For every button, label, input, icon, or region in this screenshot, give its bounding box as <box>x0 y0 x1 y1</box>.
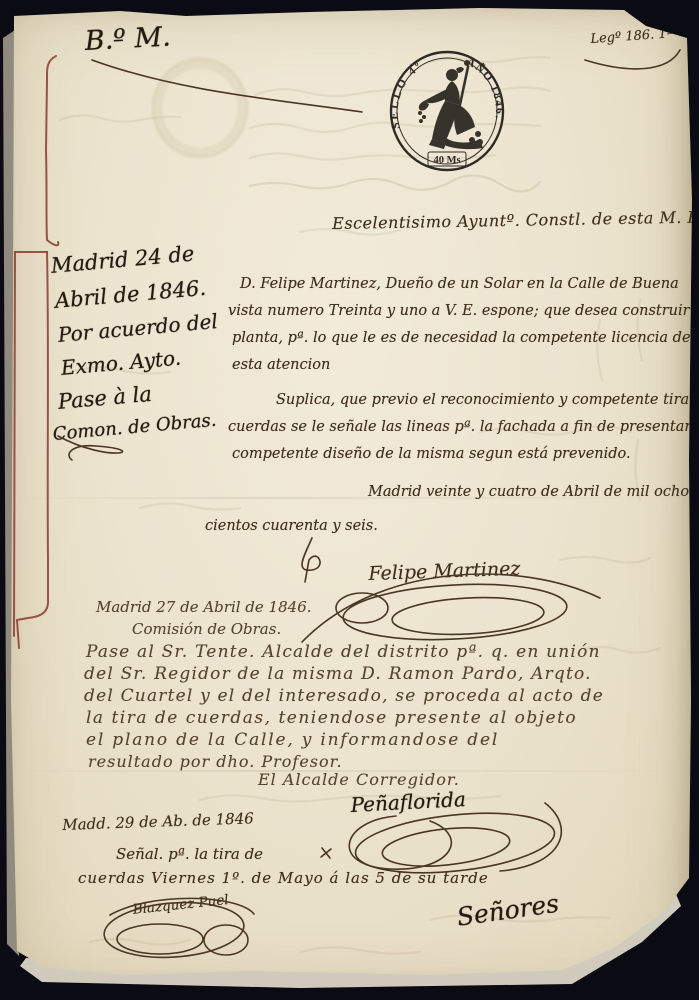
stamp-text-right: AÑO 1846. <box>464 56 505 121</box>
margin-note-line: Exmo. Ayto. <box>60 346 182 380</box>
revenue-stamp-seal: SELLO 4º AÑO 1846. 40 Ms <box>386 48 508 176</box>
felipe-martinez-rubric <box>302 574 600 645</box>
commission-line: Pase al Sr. Tente. Alcalde del distrito … <box>86 642 601 662</box>
margin-note-line: Abril de 1846. <box>54 276 207 313</box>
margin-note-line: Madrid 24 de <box>50 241 195 277</box>
petition-line: Suplica, que previo el reconocimiento y … <box>276 392 699 408</box>
ink-flourishes <box>0 0 699 1000</box>
decree-signature: Blazquez Puel <box>132 892 229 918</box>
commission-line: la tira de cuerdas, teniendose presente … <box>86 708 577 728</box>
decree-line: cuerdas Viernes 1º. de Mayo á las 5 de s… <box>78 869 489 887</box>
document-heading: Escelentisimo Ayuntº. Constl. de esta M.… <box>332 207 699 233</box>
show-through-ink <box>0 0 699 1000</box>
seated-allegory-figure <box>418 60 483 149</box>
margin-note-line: Por acuerdo del <box>57 309 219 347</box>
manuscript-page: SELLO 4º AÑO 1846. 40 Ms B.º M. Legº 186… <box>0 0 699 1000</box>
fold-crease <box>14 770 685 772</box>
fold-crease <box>14 497 685 499</box>
archival-reference-top-right: Legº 186. 1ª <box>590 26 673 47</box>
petition-line: vista numero Treinta y uno a V. E. espon… <box>228 303 699 319</box>
svg-text:AÑO 1846.: AÑO 1846. <box>464 56 505 121</box>
alcalde-signature: Peñaflorida <box>350 787 466 817</box>
commission-line: resultado por dho. Profesor. <box>88 752 343 771</box>
commission-title: Comisión de Obras. <box>132 620 281 638</box>
decree-line: Señal. pª. la tira de <box>116 845 263 863</box>
scanned-document-photo: SELLO 4º AÑO 1846. 40 Ms B.º M. Legº 186… <box>0 0 699 1000</box>
commission-line: del Cuartel y el del interesado, se proc… <box>84 686 604 706</box>
petition-line: competente diseño de la misma segun está… <box>232 446 631 462</box>
petitioner-signature: Felipe Martinez <box>368 558 521 585</box>
approval-mark-top-left: B.º M. <box>84 22 171 57</box>
embossed-blind-stamp <box>152 58 248 158</box>
petition-line: cuerdas se le señale las lineas pª. la f… <box>228 419 699 435</box>
margin-note-line: Pase à la <box>57 382 153 414</box>
red-margin-bracket <box>0 0 699 1000</box>
petition-dateline: cientos cuarenta y seis. <box>205 518 378 534</box>
petition-line: esta atencion <box>232 357 330 373</box>
stamp-denomination: 40 Ms <box>433 155 460 166</box>
decree-date: Madd. 29 de Ab. de 1846 <box>62 809 254 834</box>
commission-line: del Sr. Regidor de la misma D. Ramon Par… <box>84 664 592 684</box>
commission-date: Madrid 27 de Abril de 1846. <box>96 598 312 616</box>
commission-closing: El Alcalde Corregidor. <box>258 770 460 789</box>
petition-line: D. Felipe Martinez, Dueño de un Solar en… <box>240 276 679 292</box>
decree-addressee: Señores <box>455 889 561 932</box>
commission-line: el plano de la Calle, y informandose del <box>86 730 499 750</box>
margin-note-line: Comon. de Obras. <box>52 410 217 445</box>
petition-line: planta, pª. lo que le es de necesidad la… <box>232 330 699 346</box>
